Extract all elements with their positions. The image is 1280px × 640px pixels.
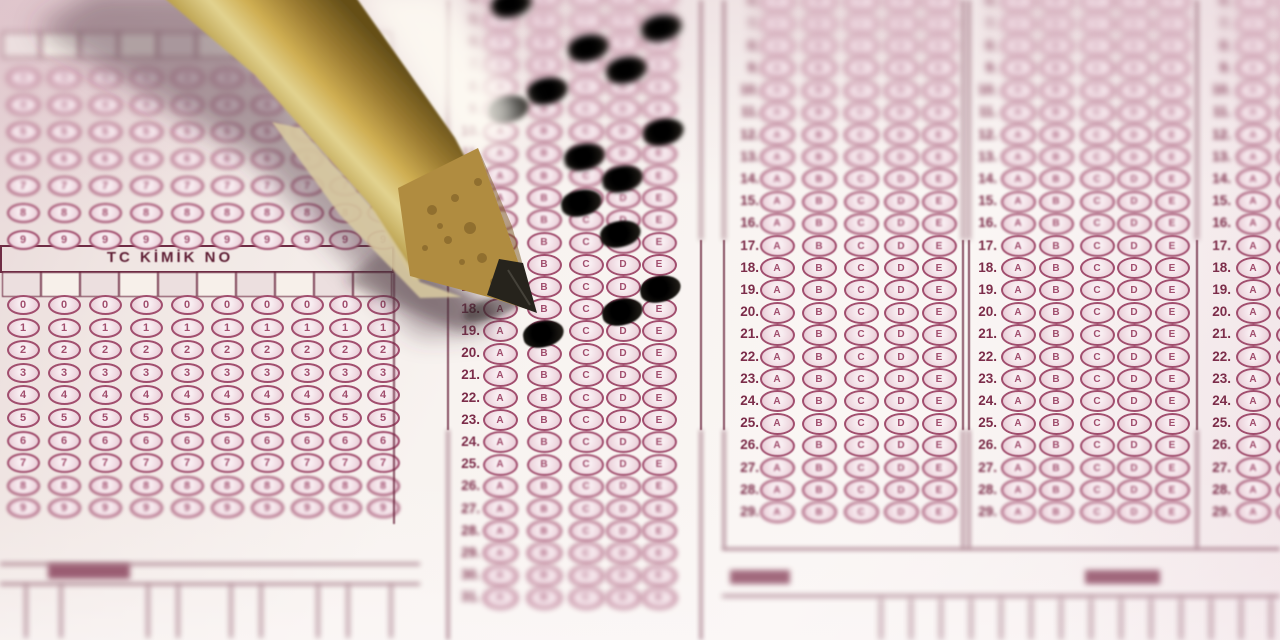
pencil-graphic xyxy=(0,0,1280,640)
answer-sheet-photo: TC KİMİK NO 0000000000111111111122222222… xyxy=(0,0,1280,640)
